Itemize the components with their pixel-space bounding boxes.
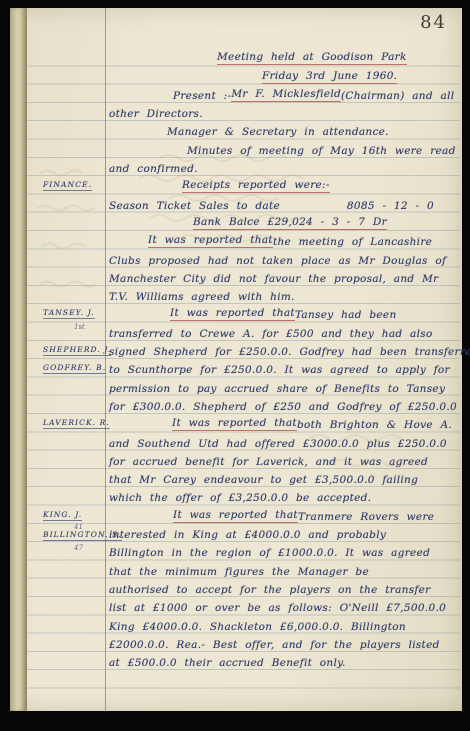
manuscript-text: authorised to accept for the players on … — [109, 585, 430, 596]
manuscript-text: list at £1000 or over be as follows: O'N… — [109, 603, 446, 614]
manuscript-text: permission to pay accrued share of Benef… — [109, 384, 445, 395]
manuscript-text: Minutes of meeting of May 16th were read — [187, 146, 456, 157]
red-underlined-text: Receipts reported were:- — [182, 180, 330, 193]
manuscript-line: for £300.0.0. Shepherd of £250 and Godfr… — [10, 396, 462, 414]
manuscript-line: permission to pay accrued share of Benef… — [10, 377, 462, 395]
manuscript-line: transferred to Crewe A. for £500 and the… — [10, 322, 462, 340]
manuscript-line: Minutes of meeting of May 16th were read — [10, 139, 462, 157]
manuscript-text: to Scunthorpe for £250.0.0. It was agree… — [109, 365, 450, 376]
red-underlined-text: Friday 3rd June 1960. — [262, 71, 397, 84]
manuscript-text: Manager & Secretary in attendance. — [167, 127, 389, 138]
manuscript-line: Clubs proposed had not taken place as Mr… — [10, 249, 462, 267]
manuscript-text: for accrued benefit for Laverick, and it… — [109, 457, 428, 468]
manuscript-line: other Directors. — [10, 103, 462, 121]
manuscript-line: It was reported that both Brighton & Hov… — [10, 414, 462, 432]
manuscript-line: for accrued benefit for Laverick, and it… — [10, 451, 462, 469]
red-underlined-text: It was reported that — [173, 510, 298, 523]
manuscript-text: which the offer of £3,250.0.0 be accepte… — [109, 493, 371, 504]
manuscript-line: It was reported that Tranmere Rovers wer… — [10, 505, 462, 523]
red-underlined-text: It was reported that — [148, 235, 273, 248]
manuscript-line: Meeting held at Goodison Park — [10, 48, 462, 66]
manuscript-text: at £500.0.0 their accrued Benefit only. — [109, 658, 346, 669]
manuscript-line: list at £1000 or over be as follows: O'N… — [10, 597, 462, 615]
manuscript-text: and Southend Utd had offered £3000.0.0 p… — [109, 439, 447, 450]
manuscript-line: and Southend Utd had offered £3000.0.0 p… — [10, 432, 462, 450]
manuscript-text: Clubs proposed had not taken place as Mr… — [109, 256, 446, 267]
manuscript-line: Bank Balce £29,024 - 3 - 7 Dr — [10, 213, 462, 231]
red-underlined-text: Meeting held at Goodison Park — [217, 52, 407, 65]
manuscript-text: £2000.0.0. Rea.- Best offer, and for the… — [109, 640, 440, 651]
manuscript-text: other Directors. — [109, 109, 203, 120]
manuscript-text: Manchester City did not favour the propo… — [109, 274, 438, 285]
manuscript-line: Receipts reported were:- — [10, 176, 462, 194]
manuscript-line: interested in King at £4000.0.0 and prob… — [10, 524, 462, 542]
manuscript-line: at £500.0.0 their accrued Benefit only. — [10, 652, 462, 670]
manuscript-line: Manchester City did not favour the propo… — [10, 268, 462, 286]
manuscript-text: for £300.0.0. Shepherd of £250 and Godfr… — [109, 402, 457, 413]
manuscript-line: T.V. Williams agreed with him. — [10, 286, 462, 304]
page-number: 84 — [420, 12, 447, 33]
red-underlined-text: It was reported that — [170, 308, 295, 321]
manuscript-text: the meeting of Lancashire — [273, 237, 432, 248]
manuscript-line: Manager & Secretary in attendance. — [10, 121, 462, 139]
manuscript-line: Friday 3rd June 1960. — [10, 66, 462, 84]
manuscript-text: King £4000.0.0. Shackleton £6,000.0.0. B… — [109, 622, 406, 633]
manuscript-text: both Brighton & Hove A. — [297, 420, 452, 431]
manuscript-line: which the offer of £3,250.0.0 be accepte… — [10, 487, 462, 505]
manuscript-line: to Scunthorpe for £250.0.0. It was agree… — [10, 359, 462, 377]
photo-background: 84 FINANCE.TANSEY. J.1stSHEPHERD. J.GODF… — [0, 0, 470, 731]
manuscript-text: transferred to Crewe A. for £500 and the… — [109, 329, 433, 340]
red-underlined-text: Bank Balce £29,024 - 3 - 7 Dr — [193, 217, 387, 230]
manuscript-line: Billington in the region of £1000.0.0. I… — [10, 542, 462, 560]
manuscript-text: Billington in the region of £1000.0.0. I… — [109, 548, 430, 559]
manuscript-line: £2000.0.0. Rea.- Best offer, and for the… — [10, 634, 462, 652]
manuscript-line: Present :- Mr F. Micklesfield (Chairman)… — [10, 85, 462, 103]
red-underlined-text: It was reported that — [172, 418, 297, 431]
manuscript-line: Season Ticket Sales to date8085 - 12 - 0 — [10, 194, 462, 212]
manuscript-line: King £4000.0.0. Shackleton £6,000.0.0. B… — [10, 615, 462, 633]
manuscript-lines: Meeting held at Goodison ParkFriday 3rd … — [10, 48, 462, 670]
manuscript-text: interested in King at £4000.0.0 and prob… — [109, 530, 386, 541]
manuscript-text: Tranmere Rovers were — [298, 512, 434, 523]
manuscript-text: that Mr Carey endeavour to get £3,500.0.… — [109, 475, 418, 486]
manuscript-line: and confirmed. — [10, 158, 462, 176]
manuscript-text: Present :- — [173, 91, 231, 102]
manuscript-page: 84 FINANCE.TANSEY. J.1stSHEPHERD. J.GODF… — [10, 8, 462, 711]
manuscript-text: and confirmed. — [109, 164, 198, 175]
manuscript-text: (Chairman) and all — [341, 91, 454, 102]
manuscript-text: Tansey had been — [295, 310, 397, 321]
manuscript-line: that the minimum figures the Manager be — [10, 560, 462, 578]
manuscript-text: Season Ticket Sales to date — [109, 201, 280, 212]
manuscript-text: signed Shepherd for £250.0.0. Godfrey ha… — [109, 347, 470, 358]
manuscript-line: It was reported that Tansey had been — [10, 304, 462, 322]
manuscript-text: T.V. Williams agreed with him. — [109, 292, 295, 303]
manuscript-line: authorised to accept for the players on … — [10, 579, 462, 597]
manuscript-line: It was reported that the meeting of Lanc… — [10, 231, 462, 249]
manuscript-line: that Mr Carey endeavour to get £3,500.0.… — [10, 469, 462, 487]
manuscript-line: signed Shepherd for £250.0.0. Godfrey ha… — [10, 341, 462, 359]
manuscript-text: that the minimum figures the Manager be — [109, 567, 369, 578]
red-underlined-text: Mr F. Micklesfield — [231, 89, 341, 102]
amount-value: 8085 - 12 - 0 — [347, 201, 462, 212]
